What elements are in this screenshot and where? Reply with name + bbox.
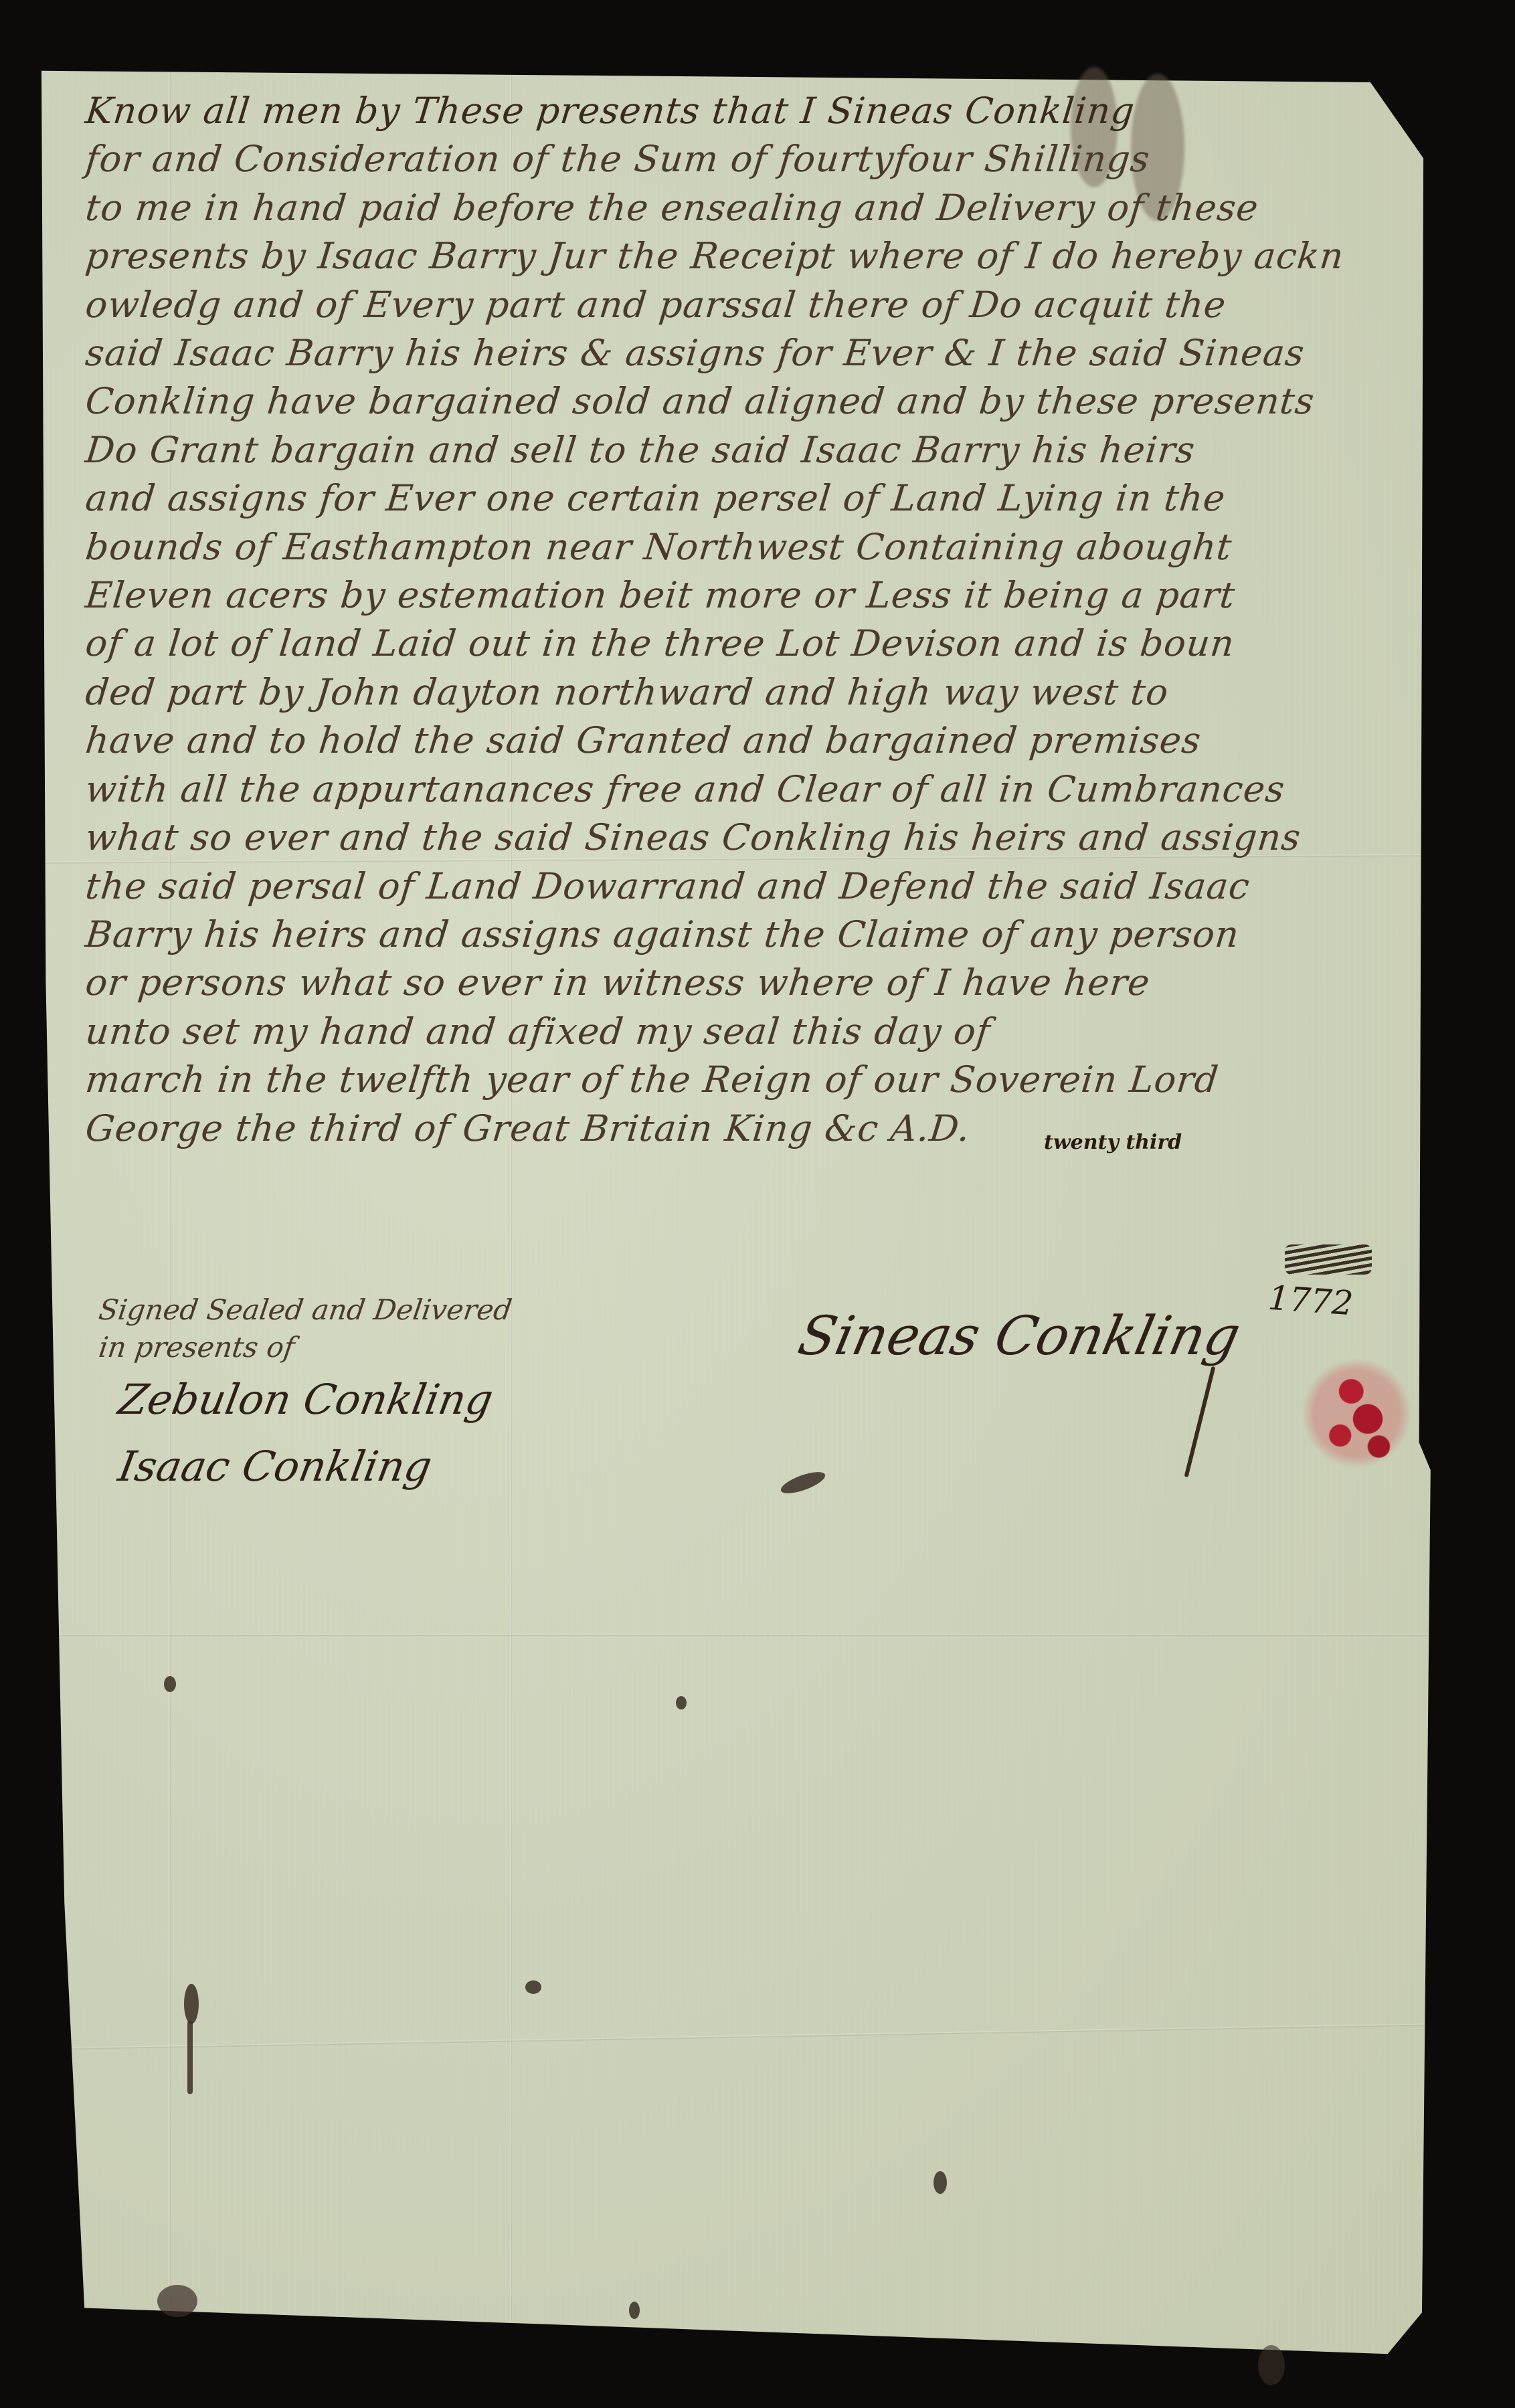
deed-line: to me in hand paid before the ensealing … — [83, 184, 1400, 232]
witness-signature: Zebulon Conkling — [113, 1366, 517, 1433]
deed-line: have and to hold the said Granted and ba… — [83, 717, 1400, 765]
ink-blot — [629, 2302, 640, 2319]
deed-line: owledg and of Every part and parssal the… — [83, 281, 1400, 329]
deed-line: presents by Isaac Barry Jur the Receipt … — [83, 232, 1400, 280]
date-correction-insert: twenty third — [1044, 1131, 1182, 1154]
deed-line: march in the twelfth year of the Reign o… — [83, 1056, 1400, 1104]
deed-line: ded part by John dayton northward and hi… — [83, 668, 1400, 717]
deed-body-text: Know all men by These presents that I Si… — [86, 87, 1397, 1153]
ink-blot — [184, 1984, 199, 2024]
deed-line: Barry his heirs and assigns against the … — [83, 911, 1400, 959]
ink-blot — [933, 2171, 947, 2194]
deed-line: for and Consideration of the Sum of four… — [83, 135, 1400, 183]
grantor-signature: Sineas Conkling — [793, 1305, 1245, 1367]
ink-blot — [1258, 2345, 1285, 2385]
deed-line: and assigns for Ever one certain persel … — [83, 474, 1400, 523]
deed-line: Do Grant bargain and sell to the said Is… — [83, 426, 1400, 474]
attestation-line: Signed Sealed and Delivered — [96, 1291, 514, 1329]
attestation-line: in presents of — [96, 1329, 514, 1366]
ink-drip — [187, 2021, 193, 2094]
attestation-block: Signed Sealed and Delivered in presents … — [99, 1291, 512, 1500]
ink-blot — [525, 1980, 541, 1994]
deed-line: bounds of Easthampton near Northwest Con… — [83, 523, 1400, 571]
ink-blot — [157, 2285, 197, 2317]
ink-blot — [164, 1676, 176, 1692]
deed-line: or persons what so ever in witness where… — [83, 959, 1400, 1007]
deed-line: the said persal of Land Dowarrand and De… — [83, 862, 1400, 911]
fold-crease — [41, 2023, 1474, 2049]
deed-line: said Isaac Barry his heirs & assigns for… — [83, 329, 1400, 377]
struck-out-date — [1285, 1244, 1372, 1275]
deed-line: Eleven acers by estemation beit more or … — [83, 571, 1400, 620]
deed-line: what so ever and the said Sineas Conklin… — [83, 814, 1400, 862]
deed-line: Know all men by These presents that I Si… — [83, 87, 1400, 135]
fold-crease — [41, 1634, 1474, 1636]
deed-line: with all the appurtanances free and Clea… — [83, 765, 1400, 814]
deed-line: unto set my hand and afixed my seal this… — [83, 1008, 1400, 1056]
year-annotation: 1772 — [1267, 1279, 1354, 1323]
deed-line: George the third of Great Britain King &… — [83, 1105, 1400, 1153]
witness-signature: Isaac Conkling — [113, 1433, 517, 1500]
deed-line: Conkling have bargained sold and aligned… — [83, 377, 1400, 426]
deed-line: of a lot of land Laid out in the three L… — [83, 620, 1400, 668]
ink-blot — [676, 1696, 687, 1709]
